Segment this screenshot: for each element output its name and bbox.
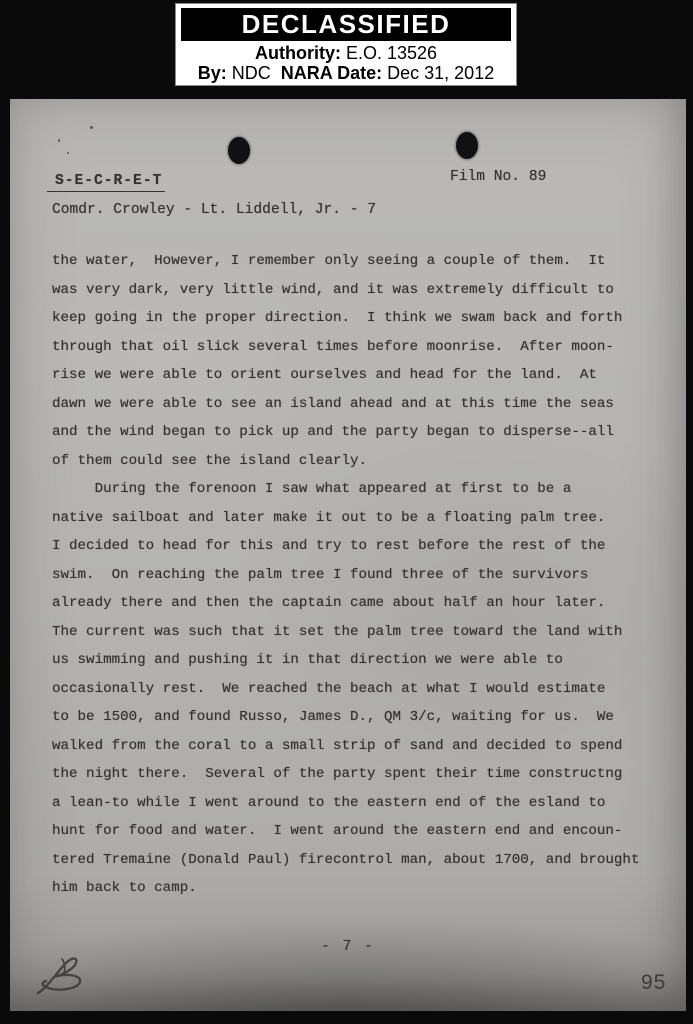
hole-punch-icon	[228, 137, 250, 164]
text-line: a lean-to while I went around to the eas…	[52, 789, 664, 818]
text-line: During the forenoon I saw what appeared …	[52, 475, 664, 504]
text-line: to be 1500, and found Russo, James D., Q…	[52, 703, 664, 732]
authority-value: E.O. 13526	[341, 43, 437, 63]
text-line: tered Tremaine (Donald Paul) firecontrol…	[52, 846, 664, 875]
authority-label: Authority:	[255, 43, 341, 63]
handwritten-mark-icon	[32, 955, 102, 1003]
declassified-title: DECLASSIFIED	[242, 9, 451, 40]
text-line: was very dark, very little wind, and it …	[52, 276, 664, 305]
paper-speck	[67, 152, 69, 154]
text-line: and the wind began to pick up and the pa…	[52, 418, 664, 447]
text-line: the night there. Several of the party sp…	[52, 760, 664, 789]
text-line: walked from the coral to a small strip o…	[52, 732, 664, 761]
paper-speck	[58, 139, 60, 142]
by-value: NDC	[227, 63, 281, 83]
page-number: - 7 -	[10, 939, 686, 955]
body-text: the water, However, I remember only seei…	[52, 247, 664, 903]
declassified-banner: DECLASSIFIED Authority: E.O. 13526 By: N…	[175, 3, 517, 86]
text-line: The current was such that it set the pal…	[52, 618, 664, 647]
authority-line: Authority: E.O. 13526	[176, 43, 516, 63]
screenshot-root: { "colors": { "background": "#0a0a0a", "…	[0, 0, 693, 1024]
nara-date-value: Dec 31, 2012	[382, 63, 494, 83]
document-page: S-E-C-R-E-T Film No. 89 Comdr. Crowley -…	[10, 99, 686, 1011]
text-line: us swimming and pushing it in that direc…	[52, 646, 664, 675]
document-heading: Comdr. Crowley - Lt. Liddell, Jr. - 7	[52, 202, 376, 218]
paper-speck	[90, 126, 93, 129]
by-nara-line: By: NDC NARA Date: Dec 31, 2012	[176, 63, 516, 83]
text-line: already there and then the captain came …	[52, 589, 664, 618]
text-line: through that oil slick several times bef…	[52, 333, 664, 362]
text-line: dawn we were able to see an island ahead…	[52, 390, 664, 419]
text-line: native sailboat and later make it out to…	[52, 504, 664, 533]
by-label: By:	[198, 63, 227, 83]
classification-marking: S-E-C-R-E-T	[47, 173, 165, 192]
text-line: of them could see the island clearly.	[52, 447, 664, 476]
nara-date-label: NARA Date:	[281, 63, 382, 83]
text-line: occasionally rest. We reached the beach …	[52, 675, 664, 704]
text-line: the water, However, I remember only seei…	[52, 247, 664, 276]
film-number: Film No. 89	[450, 169, 546, 185]
text-line: I decided to head for this and try to re…	[52, 532, 664, 561]
sheet-number: 95	[641, 971, 666, 995]
text-line: keep going in the proper direction. I th…	[52, 304, 664, 333]
text-line: rise we were able to orient ourselves an…	[52, 361, 664, 390]
text-line: hunt for food and water. I went around t…	[52, 817, 664, 846]
text-line: swim. On reaching the palm tree I found …	[52, 561, 664, 590]
declassified-title-bar: DECLASSIFIED	[181, 8, 511, 41]
hole-punch-icon	[456, 132, 478, 159]
text-line: him back to camp.	[52, 874, 664, 903]
